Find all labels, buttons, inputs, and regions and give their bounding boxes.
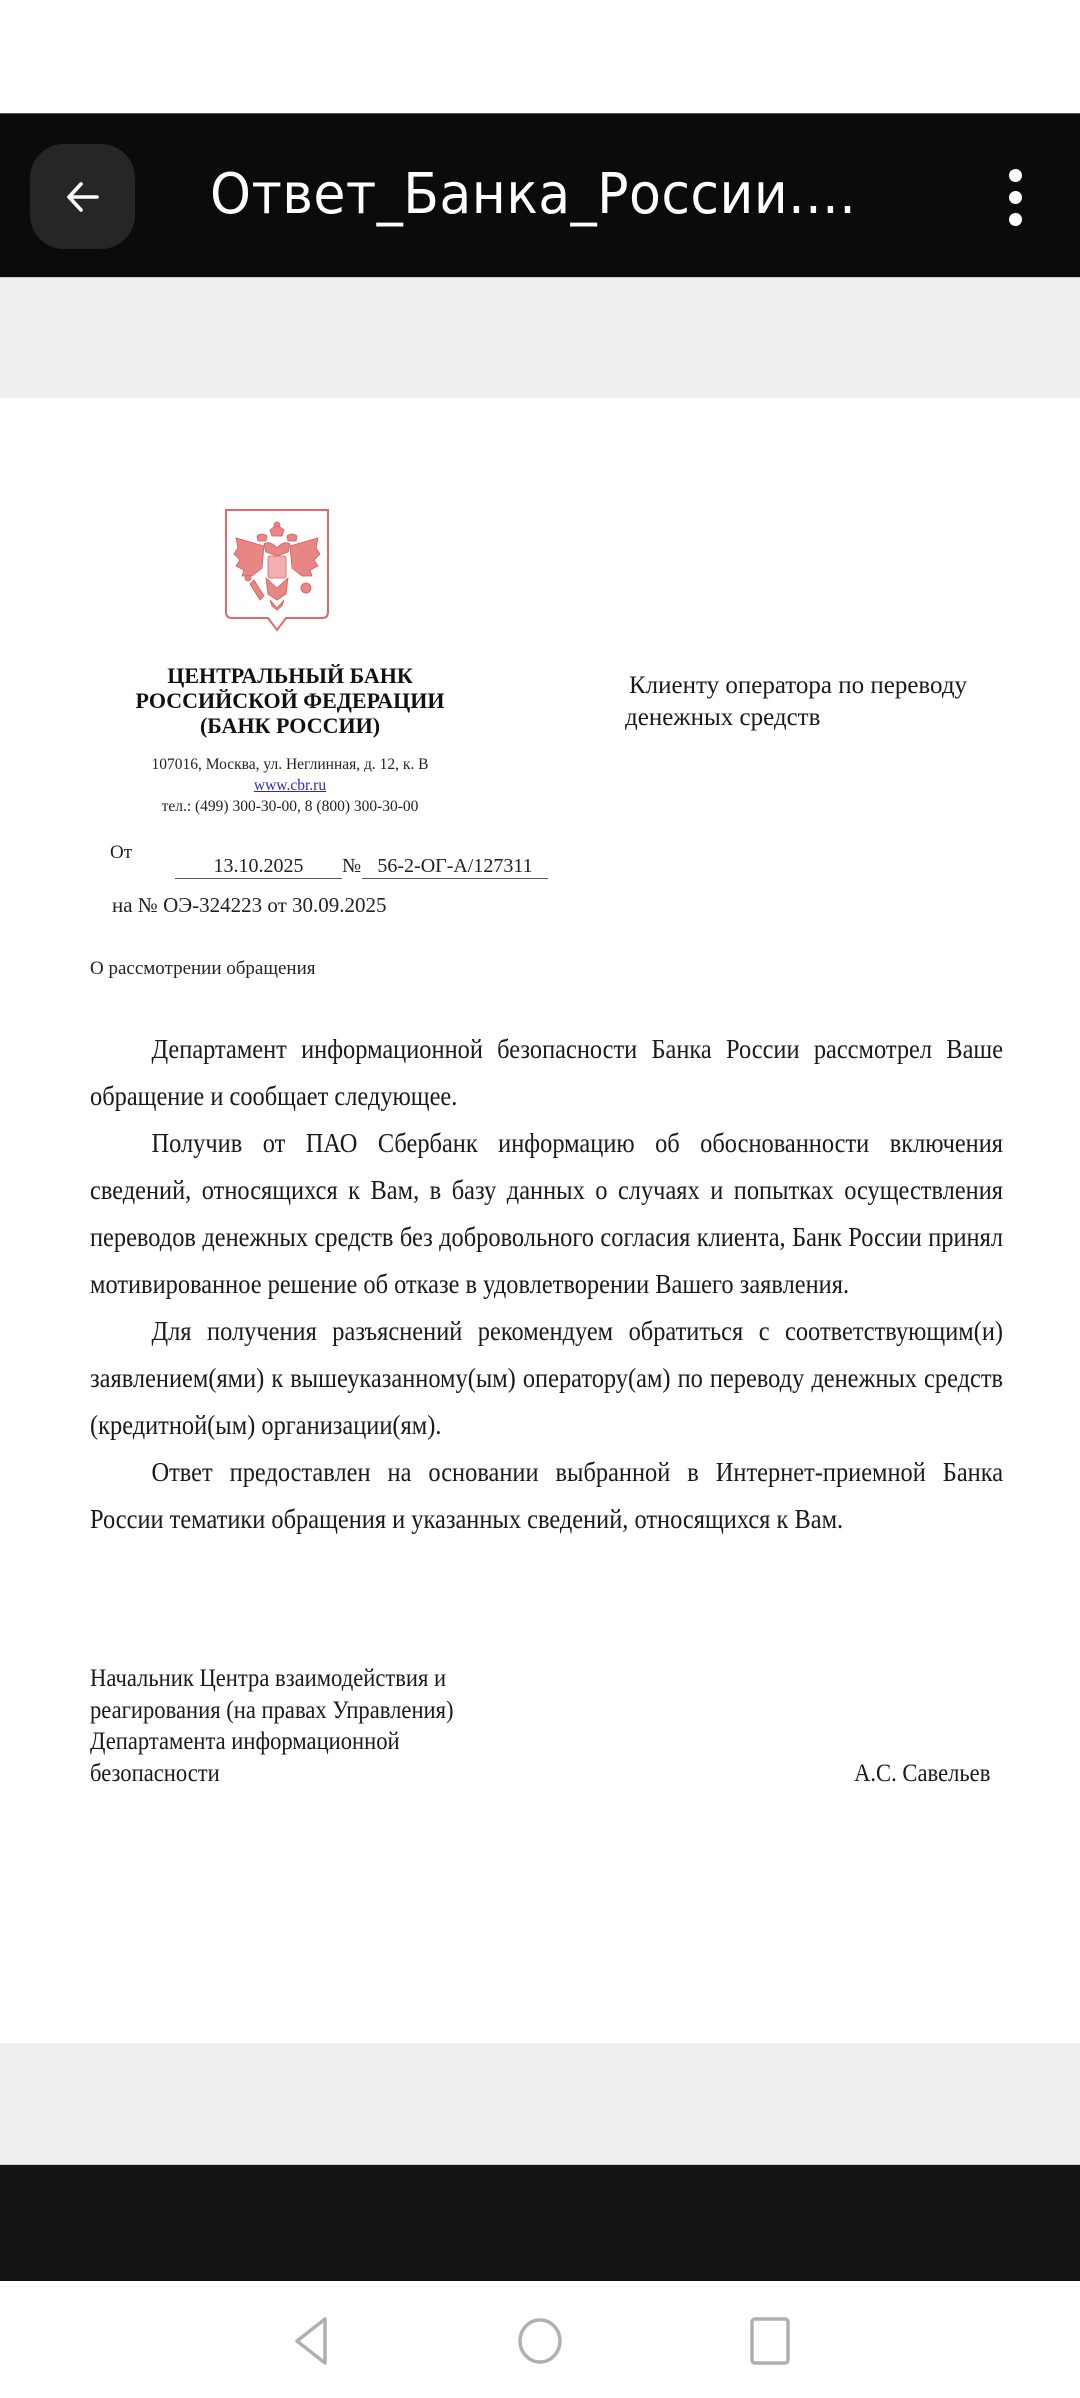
viewer-gutter-top: [0, 277, 1080, 398]
reference-line: на № ОЭ-324223 от 30.09.2025: [112, 893, 387, 918]
document-page[interactable]: ЦЕНТРАЛЬНЫЙ БАНК РОССИЙСКОЙ ФЕДЕРАЦИИ (Б…: [0, 398, 1080, 2043]
signatory-position-line: Начальник Центра взаимодействия и: [90, 1663, 1003, 1695]
more-options-button[interactable]: [990, 152, 1040, 242]
more-vertical-icon-dot: [1009, 213, 1022, 226]
signatory-position-line: реагирования (на правах Управления): [90, 1695, 1003, 1727]
letter-number: 56-2-ОГ-А/127311: [362, 854, 548, 879]
body-paragraph: Ответ предоставлен на основании выбранно…: [90, 1449, 1003, 1543]
signature-block: Начальник Центра взаимодействия и реагир…: [90, 1663, 1003, 1789]
nav-recents-button[interactable]: [740, 2311, 800, 2371]
recipient: Клиенту оператора по переводу денежных с…: [625, 670, 1025, 734]
body-paragraph: Для получения разъяснений рекомендуем об…: [90, 1308, 1003, 1449]
bank-name: ЦЕНТРАЛЬНЫЙ БАНК РОССИЙСКОЙ ФЕДЕРАЦИИ (Б…: [110, 663, 470, 738]
bottom-toolbar: [0, 2165, 1080, 2281]
square-recents-icon: [748, 2315, 792, 2367]
document-title: Ответ_Банка_России....: [210, 162, 856, 227]
number-sign: №: [342, 854, 361, 878]
nav-back-button[interactable]: [281, 2311, 341, 2371]
bank-name-line: ЦЕНТРАЛЬНЫЙ БАНК: [110, 663, 470, 688]
more-vertical-icon-dot: [1009, 191, 1022, 204]
coat-of-arms-icon: [224, 508, 330, 634]
recipient-line: Клиенту оператора по переводу: [625, 670, 1025, 702]
bank-contacts: 107016, Москва, ул. Неглинная, д. 12, к.…: [95, 754, 485, 817]
signatory-position-line: Департамента информационной: [90, 1726, 1003, 1758]
bank-address: 107016, Москва, ул. Неглинная, д. 12, к.…: [95, 754, 485, 775]
circle-home-icon: [515, 2315, 565, 2367]
bank-website-link[interactable]: www.cbr.ru: [95, 775, 485, 796]
from-label: От: [110, 842, 132, 864]
viewer-gutter-bottom: [0, 2043, 1080, 2165]
letter-date: 13.10.2025: [175, 854, 342, 879]
bank-name-line: РОССИЙСКОЙ ФЕДЕРАЦИИ: [110, 688, 470, 713]
bank-phones: тел.: (499) 300-30-00, 8 (800) 300-30-00: [95, 796, 485, 817]
arrow-left-icon: [61, 175, 105, 219]
body-paragraph: Получив от ПАО Сбербанк информацию об об…: [90, 1120, 1003, 1308]
system-navigation-bar: [0, 2281, 1080, 2398]
recipient-line: денежных средств: [625, 702, 1025, 734]
letter-subject: О рассмотрении обращения: [90, 958, 316, 980]
triangle-back-icon: [291, 2315, 331, 2367]
bank-name-line: (БАНК РОССИИ): [110, 713, 470, 738]
letter-body: Департамент информационной безопасности …: [90, 1026, 1003, 1543]
app-bar: Ответ_Банка_России....: [0, 113, 1080, 277]
more-vertical-icon: [1009, 169, 1022, 182]
status-bar: [0, 0, 1080, 113]
nav-home-button[interactable]: [510, 2311, 570, 2371]
signatory-name: А.С. Савельев: [854, 1758, 990, 1790]
back-button[interactable]: [30, 144, 135, 249]
body-paragraph: Департамент информационной безопасности …: [90, 1026, 1003, 1120]
